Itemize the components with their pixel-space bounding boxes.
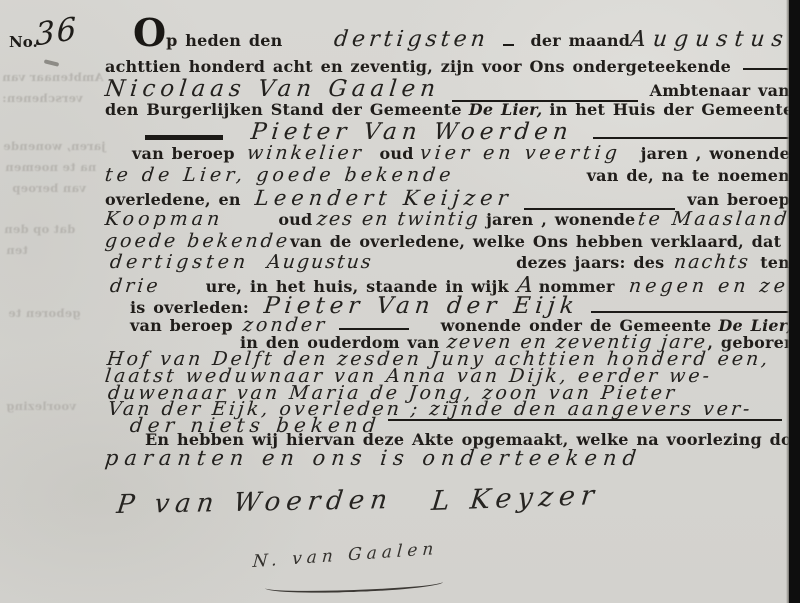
printed-burgerlijke-stand: den Burgerlijken Stand der Gemeente xyxy=(105,100,462,119)
death-certificate-scan: Ambtenaar van verschenen: jaren, wonende… xyxy=(0,0,800,603)
printed-oud2: oud xyxy=(278,210,312,229)
line-opening-date: O p heden den dertigsten der maand Augus… xyxy=(133,16,790,52)
printed-jaren-wonende: jaren , wonende xyxy=(641,144,790,163)
printed-year-text: achttien honderd acht en zeventig, zijn … xyxy=(105,57,731,76)
fill-line xyxy=(591,311,790,313)
printed-ambtenaar-van: Ambtenaar van xyxy=(650,81,790,100)
printed-overledene-en: overledene, en xyxy=(105,190,241,209)
printed-oud: oud xyxy=(380,144,414,163)
line-declarant1-residence: te de Lier, goede bekende van de, na te … xyxy=(105,164,790,186)
printed-na-te-noemen: van de, na te noemen xyxy=(587,166,790,185)
printed-dezes-jaars: dezes jaars: des xyxy=(516,253,664,272)
drop-cap-o: O xyxy=(133,16,166,50)
printed-van-beroep2: van beroep xyxy=(687,190,790,209)
handwritten-day: dertigsten xyxy=(333,27,491,52)
line-declarant2-name: overledene, en Leendert Keijzer van bero… xyxy=(105,186,790,210)
printed-van-beroep: van beroep xyxy=(132,144,235,163)
handwritten-death-month: Augustus xyxy=(266,251,374,273)
printed-huis-der-gemeente: in het Huis der Gemeente, verschenen: xyxy=(549,100,800,119)
handwritten-residence2: te Maasland xyxy=(637,208,791,230)
line-death-date: dertigsten Augustus dezes jaars: des nac… xyxy=(110,251,790,273)
scan-edge xyxy=(789,0,800,603)
fill-line xyxy=(743,68,790,70)
handwritten-registrar-name: Nicolaas Van Gaalen xyxy=(104,76,442,102)
bleedthrough-text: verschenen: xyxy=(2,91,83,105)
bleedthrough-text: voorlezing xyxy=(6,399,76,413)
line-registrar-name: Nicolaas Van Gaalen Ambtenaar van xyxy=(105,76,790,102)
fill-line xyxy=(593,137,790,139)
bleedthrough-text: geboren te xyxy=(8,306,80,320)
signature-declarant1: P van Woerden xyxy=(115,485,395,520)
handwritten-comparanten: paranten en ons is onderteekend xyxy=(104,446,644,470)
ink-smudge xyxy=(44,59,60,67)
fill-line xyxy=(339,328,409,330)
line-witness-relation: goede bekende van de overledene, welke O… xyxy=(105,230,790,252)
handwritten-occupation1: winkelier xyxy=(246,142,365,164)
handwritten-residence1: te de Lier, goede bekende xyxy=(104,164,456,186)
bleedthrough-text: ten xyxy=(6,243,28,257)
fill-line-thick xyxy=(145,135,223,140)
signature-declarant2: L Keyzer xyxy=(430,480,601,517)
handwritten-relation: goede bekende xyxy=(104,230,291,252)
bleedthrough-text: jaren, wonende xyxy=(3,139,106,153)
line-civil-registry: den Burgerlijken Stand der Gemeente De L… xyxy=(105,100,792,119)
bleedthrough-text: dat op den xyxy=(4,222,75,236)
fill-line xyxy=(503,44,514,46)
handwritten-declarant2-name: Leendert Keijzer xyxy=(254,186,514,210)
handwritten-age1: vier en veertig xyxy=(418,142,621,164)
bleedthrough-text: na te noemen xyxy=(5,160,96,174)
printed-van-beroep3: van beroep xyxy=(130,316,233,335)
signature-flourish xyxy=(265,575,443,595)
act-number-label: No. xyxy=(9,33,38,51)
handwritten-age2: zes en twintig xyxy=(316,208,481,230)
printed-der-maand: der maand xyxy=(530,31,630,50)
line-year-opening: achttien honderd acht en zeventig, zijn … xyxy=(105,57,790,76)
handwritten-death-day: dertigsten xyxy=(109,251,251,273)
act-number-value: 36 xyxy=(35,10,79,53)
printed-jaren-wonende2: jaren , wonende xyxy=(486,210,635,229)
line-declarant2-details: Koopman oud zes en twintig jaren , wonen… xyxy=(105,208,790,230)
signature-registrar: N. van Gaalen xyxy=(252,539,439,572)
handwritten-month: Augustus xyxy=(629,27,792,52)
line-comparanten: paranten en ons is onderteekend xyxy=(105,446,642,470)
fill-line xyxy=(388,419,782,421)
bleedthrough-text: Ambtenaar van xyxy=(2,70,103,84)
line-declarant1-details: van beroep winkelier oud vier en veertig… xyxy=(132,142,790,164)
printed-municipality: De Lier, xyxy=(469,100,543,119)
printed-verklaard: van de overledene, welke Ons hebben verk… xyxy=(290,232,800,251)
handwritten-occupation2: Koopman xyxy=(104,208,225,230)
bleedthrough-text: van beroep xyxy=(12,181,86,195)
handwritten-daypart: nachts xyxy=(673,251,751,273)
printed-op-heden-den: p heden den xyxy=(166,31,282,50)
